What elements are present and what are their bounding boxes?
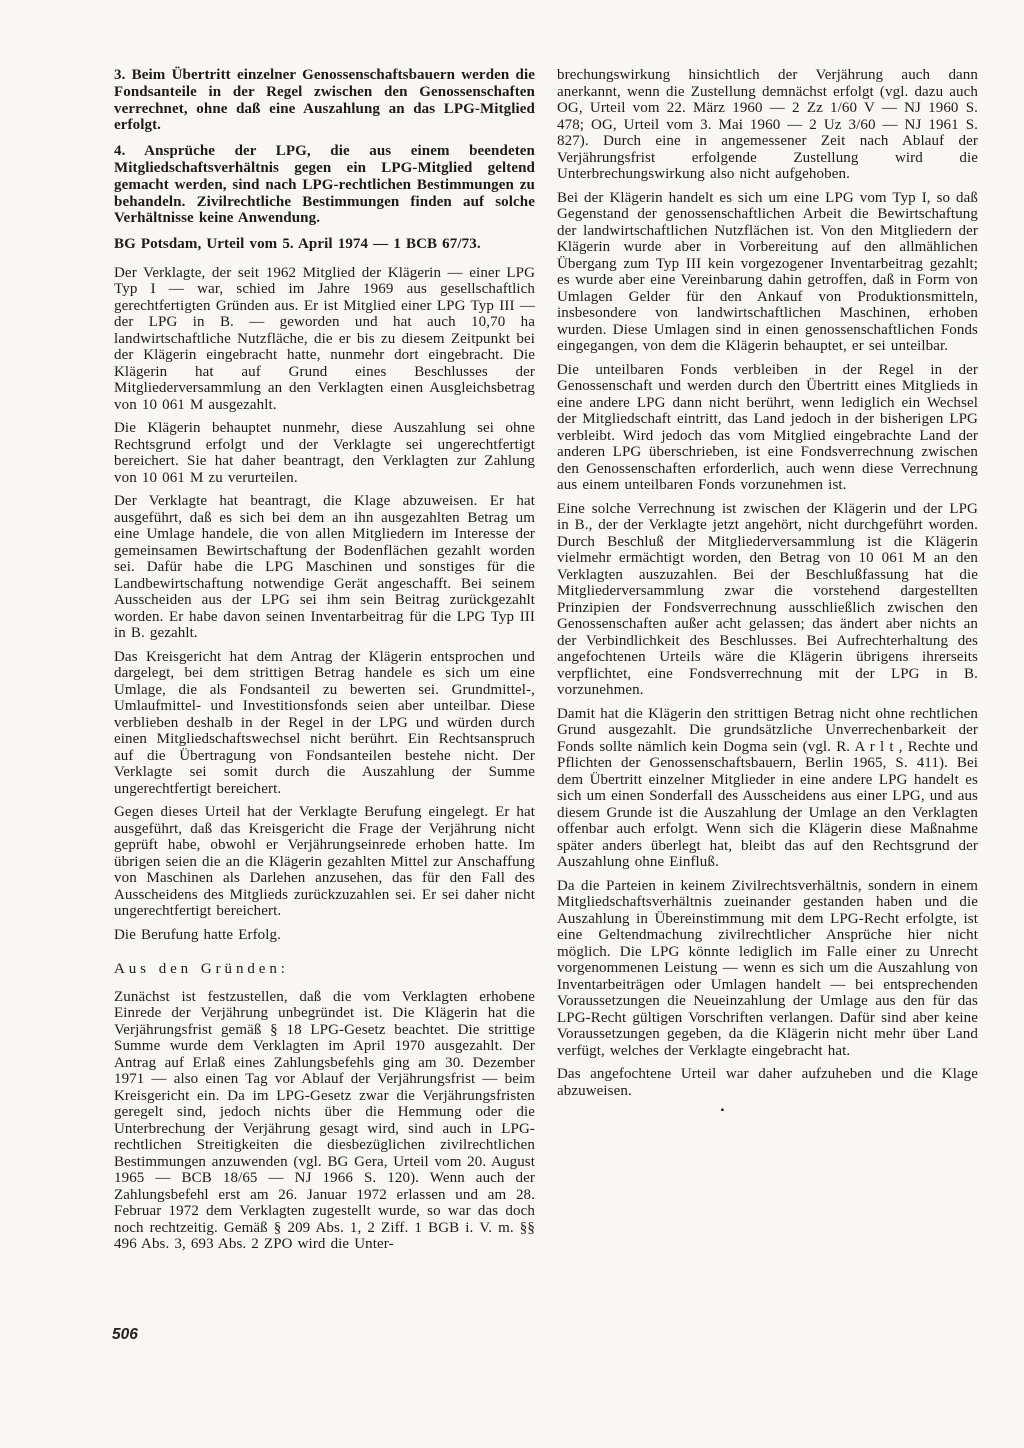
left-column: 3. Beim Übertritt einzelner Genossenscha… — [114, 67, 535, 1260]
paragraph: Bei der Klägerin handelt es sich um eine… — [557, 190, 978, 355]
paragraph: Gegen dieses Urteil hat der Verklagte Be… — [114, 804, 535, 920]
paragraph: Die unteilbaren Fonds verbleiben in der … — [557, 362, 978, 494]
paragraph: Der Verklagte hat beantragt, die Klage a… — [114, 493, 535, 642]
journal-page: 3. Beim Übertritt einzelner Genossenscha… — [0, 0, 1024, 1448]
paragraph: Die Klägerin behauptet nunmehr, diese Au… — [114, 420, 535, 486]
paragraph: Eine solche Verrechnung ist zwischen der… — [557, 501, 978, 699]
page-number: 506 — [112, 1326, 138, 1344]
headnote-4: 4. Ansprüche der LPG, die aus einem been… — [114, 143, 535, 227]
paragraph: brechungswirkung hinsichtlich der Verjäh… — [557, 67, 978, 183]
paragraph: Das Kreisgericht hat dem Antrag der Kläg… — [114, 649, 535, 798]
headnote-3: 3. Beim Übertritt einzelner Genossenscha… — [114, 67, 535, 134]
text-columns: 3. Beim Übertritt einzelner Genossenscha… — [114, 67, 978, 1260]
paragraph: Der Verklagte, der seit 1962 Mitglied de… — [114, 265, 535, 414]
paragraph: Da die Parteien in keinem Zivilrechtsver… — [557, 878, 978, 1060]
right-column: brechungswirkung hinsichtlich der Verjäh… — [557, 67, 978, 1260]
paragraph: Die Berufung hatte Erfolg. — [114, 927, 535, 944]
case-reference: BG Potsdam, Urteil vom 5. April 1974 — 1… — [114, 236, 535, 253]
paragraph: Zunächst ist festzustellen, daß die vom … — [114, 989, 535, 1253]
paragraph: Damit hat die Klägerin den strittigen Be… — [557, 706, 978, 871]
paragraph: Das angefochtene Urteil war daher aufzuh… — [557, 1066, 978, 1099]
section-end-mark: ▪ — [557, 1106, 888, 1116]
grounds-heading: Aus den Gründen: — [114, 961, 535, 978]
